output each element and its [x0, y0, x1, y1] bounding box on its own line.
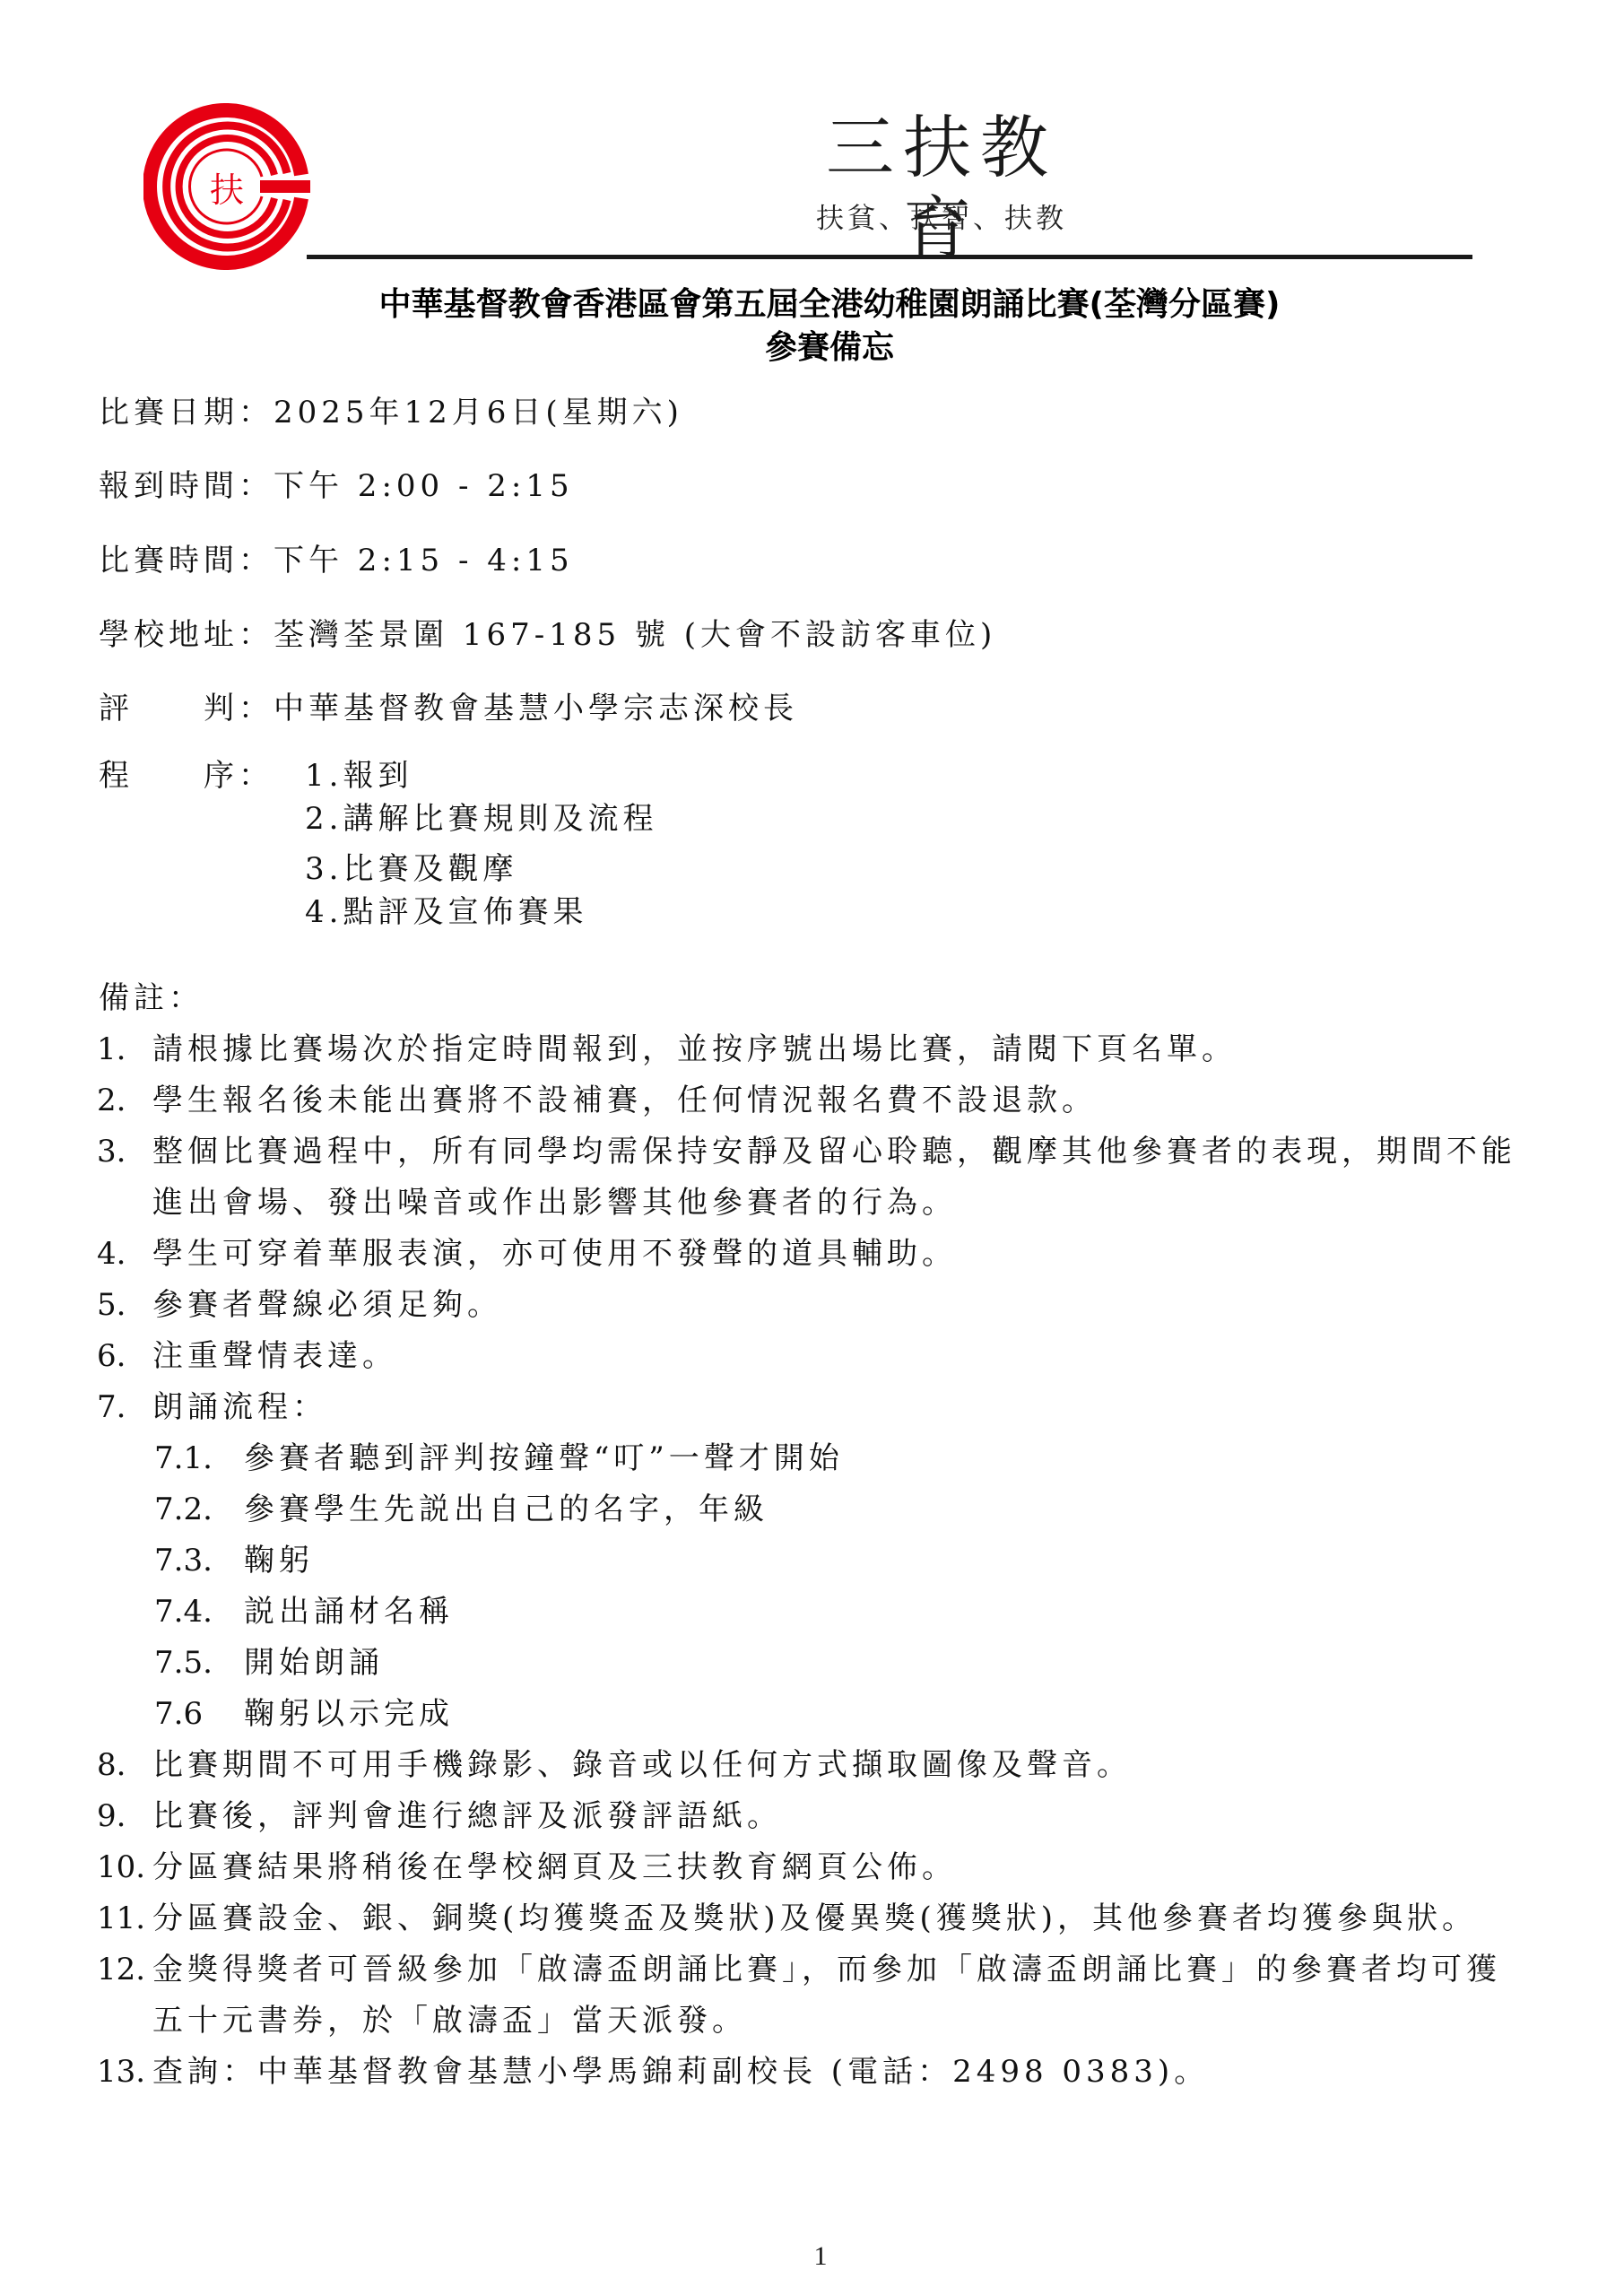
sub-note-text: 鞠躬 — [244, 1539, 314, 1582]
note-number: 10. — [97, 1846, 145, 1889]
note-number: 5. — [97, 1283, 126, 1326]
info-checkin-value: 下午 2:00 - 2:15 — [274, 468, 574, 504]
info-address-value: 荃灣荃景圍 167-185 號 (大會不設訪客車位) — [274, 617, 996, 653]
info-competition-label: 比賽時間： — [99, 543, 274, 578]
info-checkin-label: 報到時間： — [99, 468, 274, 504]
note-number: 2. — [97, 1079, 126, 1122]
note-text: 朗誦流程： — [152, 1386, 327, 1429]
note-number: 8. — [97, 1744, 126, 1787]
note-text: 分區賽結果將稍後在學校網頁及三扶教育網頁公佈。 — [152, 1846, 957, 1889]
note-number: 1. — [97, 1028, 126, 1071]
info-competition-time: 比賽時間：下午 2:15 - 4:15 — [99, 539, 574, 582]
note-text: 整個比賽過程中，所有同學均需保持安靜及留心聆聽，觀摩其他參賽者的表現，期間不能 — [152, 1130, 1516, 1173]
note-number: 11. — [97, 1897, 145, 1940]
note-number: 6. — [97, 1335, 126, 1378]
note-text: 學生可穿着華服表演，亦可使用不發聲的道具輔助。 — [152, 1232, 957, 1275]
sub-note-number: 7.4. — [154, 1590, 213, 1633]
header-divider — [307, 255, 1472, 259]
svg-text:扶: 扶 — [210, 170, 244, 210]
procedure-step: 1.報到 — [305, 754, 413, 797]
note-text: 注重聲情表達。 — [152, 1335, 397, 1378]
sub-note-number: 7.1. — [154, 1437, 213, 1480]
note-number: 13. — [97, 2050, 145, 2093]
notes-heading: 備註： — [99, 977, 204, 1020]
procedure-step: 4.點評及宣佈賽果 — [305, 891, 587, 934]
sub-note-number: 7.5. — [154, 1641, 213, 1684]
sub-note-number: 7.2. — [154, 1488, 213, 1531]
sub-note-text: 參賽學生先説出自己的名字，年級 — [244, 1488, 769, 1531]
info-judge-label: 評 判： — [99, 691, 274, 726]
note-text: 比賽期間不可用手機錄影、錄音或以任何方式擷取圖像及聲音。 — [152, 1744, 1132, 1787]
note-number: 3. — [97, 1130, 126, 1173]
info-judge-value: 中華基督教會基慧小學宗志深校長 — [274, 691, 798, 726]
note-text: 請根據比賽場次於指定時間報到，並按序號出場比賽，請閱下頁名單。 — [152, 1028, 1237, 1071]
note-text: 學生報名後未能出賽將不設補賽，任何情況報名費不設退款。 — [152, 1079, 1097, 1122]
note-text-continued: 進出會場、發出噪音或作出影響其他參賽者的行為。 — [152, 1181, 957, 1224]
page-number: 1 — [789, 2239, 852, 2274]
sub-note-text: 開始朗誦 — [244, 1641, 384, 1684]
info-date-label: 比賽日期： — [99, 395, 274, 430]
sub-note-number: 7.6 — [154, 1692, 203, 1735]
info-date: 比賽日期：2025年12月6日(星期六) — [99, 391, 683, 434]
procedure-step: 3.比賽及觀摩 — [305, 848, 517, 891]
note-number: 12. — [97, 1948, 145, 1991]
info-competition-value: 下午 2:15 - 4:15 — [274, 543, 574, 578]
note-number: 9. — [97, 1795, 126, 1838]
info-address-label: 學校地址： — [99, 617, 274, 653]
document-subtitle: 參賽備忘 — [269, 328, 1390, 368]
organization-logo: 扶 — [143, 103, 310, 270]
info-procedure-label: 程 序： — [99, 754, 274, 797]
note-number: 7. — [97, 1386, 126, 1429]
sub-note-text: 鞠躬以示完成 — [244, 1692, 454, 1735]
note-text: 查詢：中華基督教會基慧小學馬錦莉副校長 (電話：2498 0383)。 — [152, 2050, 1209, 2093]
note-number: 4. — [97, 1232, 126, 1275]
brand-title: 三扶教育 — [789, 108, 1094, 269]
note-text: 比賽後，評判會進行總評及派發評語紙。 — [152, 1795, 782, 1838]
note-text: 金獎得獎者可晉級參加「啟濤盃朗誦比賽」，而參加「啟濤盃朗誦比賽」的參賽者均可獲 — [152, 1948, 1501, 1991]
info-address: 學校地址：荃灣荃景圍 167-185 號 (大會不設訪客車位) — [99, 613, 996, 657]
note-text: 參賽者聲線必須足夠。 — [152, 1283, 502, 1326]
note-text-continued: 五十元書券，於「啟濤盃」當天派發。 — [152, 1999, 747, 2042]
sub-note-number: 7.3. — [154, 1539, 213, 1582]
procedure-step: 2.講解比賽規則及流程 — [305, 797, 657, 840]
sub-note-text: 參賽者聽到評判按鐘聲“叮”一聲才開始 — [244, 1437, 844, 1480]
info-checkin-time: 報到時間：下午 2:00 - 2:15 — [99, 465, 574, 508]
logo-rings-icon: 扶 — [143, 103, 310, 270]
note-text: 分區賽設金、銀、銅獎(均獲獎盃及獎狀)及優異獎(獲獎狀)，其他參賽者均獲參與狀。 — [152, 1897, 1477, 1940]
document-title: 中華基督教會香港區會第五屆全港幼稚園朗誦比賽(荃灣分區賽) — [269, 285, 1390, 325]
brand-subtitle: 扶貧、扶智、扶教 — [789, 199, 1094, 239]
sub-note-text: 説出誦材名稱 — [244, 1590, 454, 1633]
info-date-value: 2025年12月6日(星期六) — [274, 395, 683, 430]
info-judge: 評 判：中華基督教會基慧小學宗志深校長 — [99, 687, 798, 730]
